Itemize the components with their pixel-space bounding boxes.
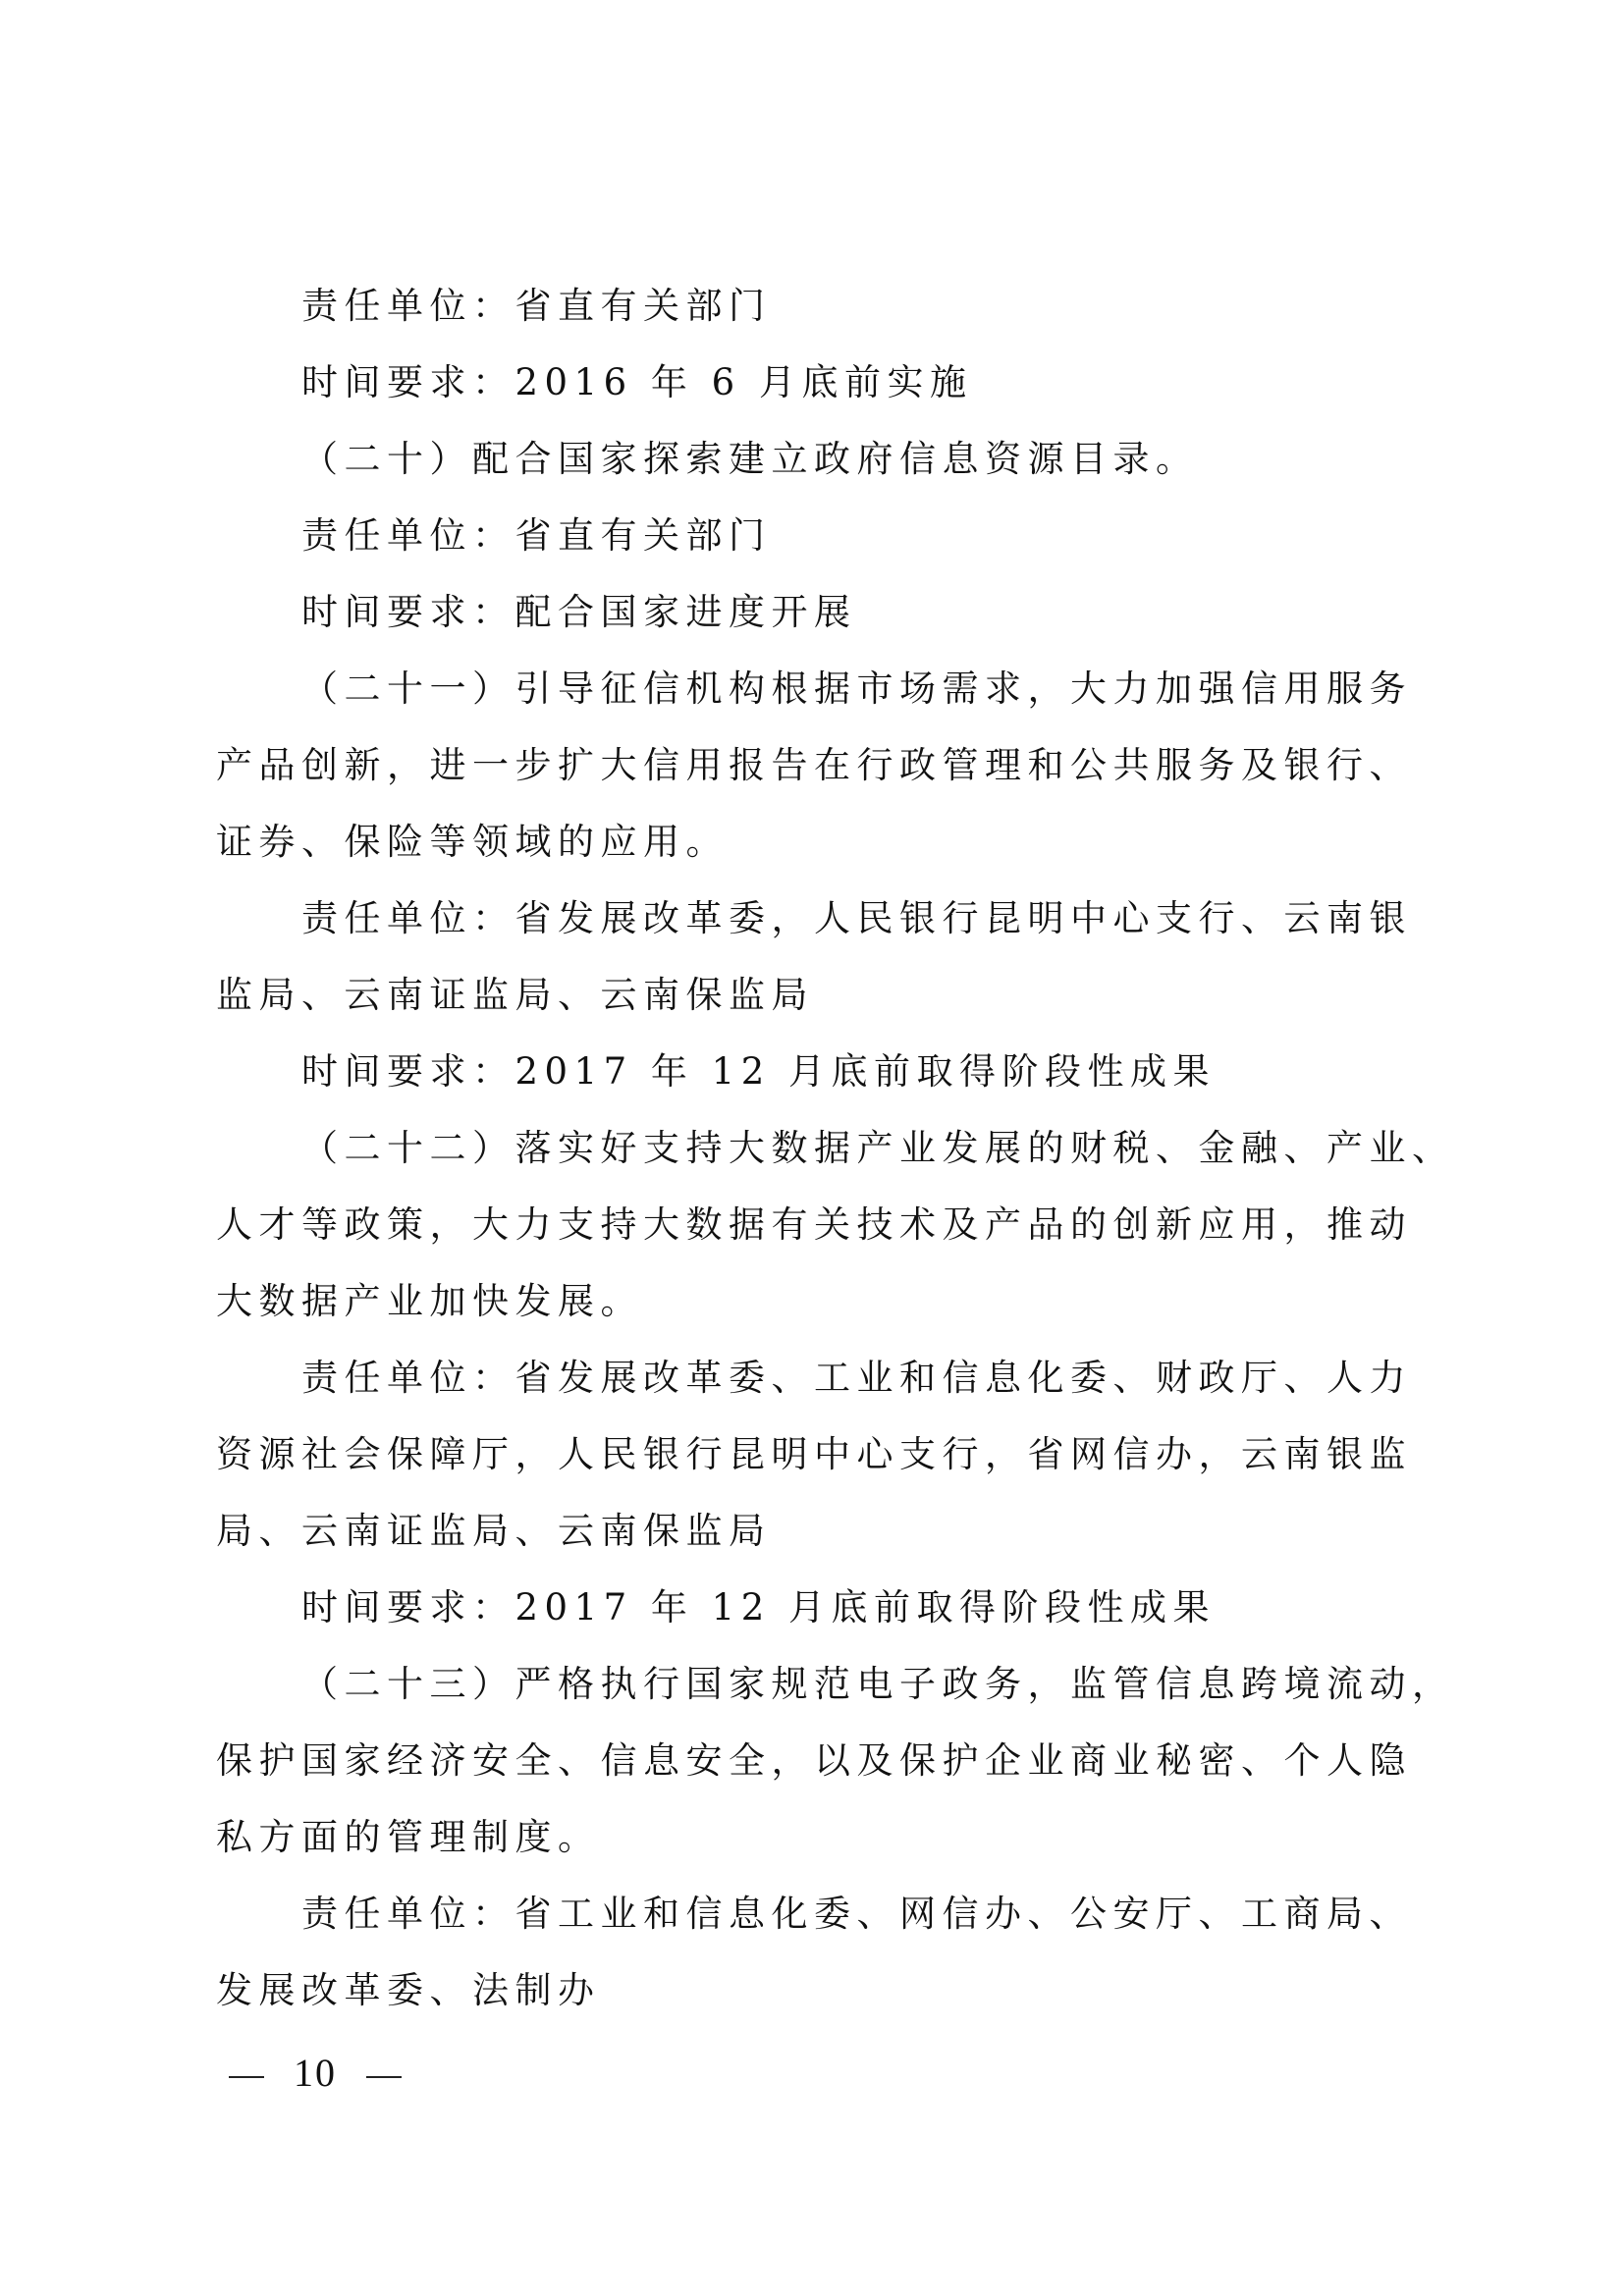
text-line: 证券、保险等领域的应用。 [216,818,729,867]
dash-left [229,2076,264,2078]
text-line: 私方面的管理制度。 [216,1813,601,1862]
text-line: 时间要求：2016 年 6 月底前实施 [301,358,973,407]
text-line: 责任单位：省发展改革委、工业和信息化委、财政厅、人力 [301,1354,1412,1403]
section-heading-22: （二十二）落实好支持大数据产业发展的财税、金融、产业、 [301,1124,1455,1173]
text-line: 监局、云南证监局、云南保监局 [216,971,814,1020]
text-line: 责任单位：省发展改革委，人民银行昆明中心支行、云南银 [301,894,1412,943]
text-line: 保护国家经济安全、信息安全，以及保护企业商业秘密、个人隐 [216,1736,1412,1786]
text-line: 人才等政策，大力支持大数据有关技术及产品的创新应用，推动 [216,1201,1412,1250]
text-line: 时间要求：配合国家进度开展 [301,588,857,637]
text-line: 时间要求：2017 年 12 月底前取得阶段性成果 [301,1047,1216,1096]
text-line: 产品创新，进一步扩大信用报告在行政管理和公共服务及银行、 [216,741,1412,790]
section-heading-21: （二十一）引导征信机构根据市场需求，大力加强信用服务 [301,665,1412,714]
document-page: 责任单位：省直有关部门 时间要求：2016 年 6 月底前实施 （二十）配合国家… [0,0,1624,2296]
section-heading-23: （二十三）严格执行国家规范电子政务，监管信息跨境流动， [301,1660,1455,1709]
page-number: 10 [229,2052,402,2095]
text-line: 大数据产业加快发展。 [216,1277,643,1326]
text-line: 责任单位：省直有关部门 [301,511,772,561]
dash-right [366,2076,402,2078]
text-line: 局、云南证监局、云南保监局 [216,1507,772,1556]
section-heading-20: （二十）配合国家探索建立政府信息资源目录。 [301,435,1199,484]
text-line: 责任单位：省工业和信息化委、网信办、公安厅、工商局、 [301,1890,1412,1939]
text-line: 资源社会保障厅，人民银行昆明中心支行，省网信办，云南银监 [216,1430,1412,1479]
text-line: 发展改革委、法制办 [216,1966,601,2015]
text-line: 责任单位：省直有关部门 [301,282,772,331]
page-number-value: 10 [294,2052,337,2095]
text-line: 时间要求：2017 年 12 月底前取得阶段性成果 [301,1583,1216,1632]
